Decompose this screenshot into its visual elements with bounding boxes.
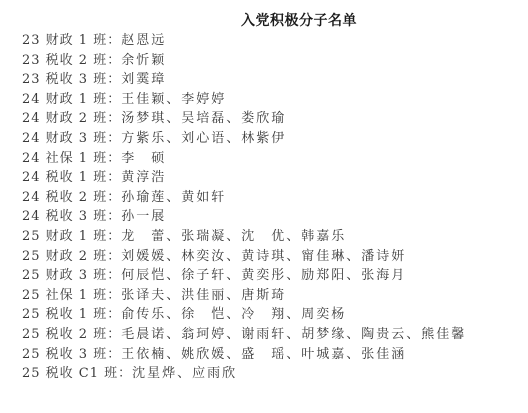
member-names: 余忻颖 — [121, 53, 166, 68]
member-names: 刘媛媛、林奕汝、黄诗琪、甯佳琳、潘诗妍 — [121, 249, 406, 264]
list-item: 25 财政 3 班：何辰恺、徐子轩、黄奕彤、励郑阳、张海月 — [22, 266, 466, 286]
member-names: 孙一展 — [121, 209, 166, 224]
list-item: 23 税收 2 班：余忻颖 — [22, 51, 466, 71]
list-item: 24 税收 3 班：孙一展 — [22, 207, 466, 227]
member-names: 汤梦琪、吴培磊、娄欣瑜 — [121, 111, 286, 126]
member-names: 王佳颖、李婷婷 — [121, 92, 226, 107]
class-label: 25 税收 2 班： — [22, 327, 121, 342]
member-names: 何辰恺、徐子轩、黄奕彤、励郑阳、张海月 — [121, 268, 406, 283]
class-label: 23 税收 2 班： — [22, 53, 121, 68]
list-item: 25 财政 2 班：刘媛媛、林奕汝、黄诗琪、甯佳琳、潘诗妍 — [22, 247, 466, 267]
class-label: 25 财政 2 班： — [22, 249, 121, 264]
class-label: 25 税收 1 班： — [22, 307, 121, 322]
member-names: 黄淳浩 — [121, 170, 166, 185]
class-label: 23 税收 3 班： — [22, 72, 121, 87]
class-label: 23 财政 1 班： — [22, 33, 121, 48]
member-names: 方紫乐、刘心语、林紫伊 — [121, 131, 286, 146]
list-item: 24 社保 1 班：李 硕 — [22, 149, 466, 169]
class-label: 25 税收 3 班： — [22, 347, 121, 362]
class-label: 24 财政 1 班： — [22, 92, 121, 107]
list-item: 24 财政 2 班：汤梦琪、吴培磊、娄欣瑜 — [22, 109, 466, 129]
list-item: 25 税收 1 班：俞传乐、徐 恺、冷 翔、周奕杨 — [22, 305, 466, 325]
list-item: 24 财政 3 班：方紫乐、刘心语、林紫伊 — [22, 129, 466, 149]
class-label: 25 财政 3 班： — [22, 268, 121, 283]
list-item: 25 税收 2 班：毛晨诺、翁珂婷、谢雨轩、胡梦缘、陶贵云、熊佳馨 — [22, 325, 466, 345]
member-names: 刘霙璋 — [121, 72, 166, 87]
member-names: 沈星烨、应雨欣 — [132, 366, 237, 381]
list-item: 25 财政 1 班：龙 蕾、张瑞凝、沈 优、韩嘉乐 — [22, 227, 466, 247]
list-item: 24 税收 2 班：孙瑜莲、黄如轩 — [22, 188, 466, 208]
list-item: 24 税收 1 班：黄淳浩 — [22, 168, 466, 188]
class-label: 24 社保 1 班： — [22, 151, 121, 166]
list-item: 25 社保 1 班：张译夫、洪佳丽、唐斯琦 — [22, 286, 466, 306]
class-label: 24 财政 3 班： — [22, 131, 121, 146]
list-item: 25 税收 C1 班：沈星烨、应雨欣 — [22, 364, 466, 384]
class-label: 24 财政 2 班： — [22, 111, 121, 126]
class-label: 24 税收 3 班： — [22, 209, 121, 224]
list-item: 23 税收 3 班：刘霙璋 — [22, 70, 466, 90]
list-item: 25 税收 3 班：王依楠、姚欣媛、盛 瑶、叶城嘉、张佳涵 — [22, 345, 466, 365]
member-names: 王依楠、姚欣媛、盛 瑶、叶城嘉、张佳涵 — [121, 347, 406, 362]
member-names: 赵恩远 — [121, 33, 166, 48]
class-label: 24 税收 1 班： — [22, 170, 121, 185]
class-label: 25 社保 1 班： — [22, 288, 121, 303]
member-list: 23 财政 1 班：赵恩远23 税收 2 班：余忻颖23 税收 3 班：刘霙璋2… — [22, 31, 466, 384]
class-label: 24 税收 2 班： — [22, 190, 121, 205]
document-title: 入党积极分子名单 — [0, 10, 528, 30]
list-item: 23 财政 1 班：赵恩远 — [22, 31, 466, 51]
class-label: 25 财政 1 班： — [22, 229, 121, 244]
member-names: 毛晨诺、翁珂婷、谢雨轩、胡梦缘、陶贵云、熊佳馨 — [121, 327, 466, 342]
member-names: 孙瑜莲、黄如轩 — [121, 190, 226, 205]
member-names: 张译夫、洪佳丽、唐斯琦 — [121, 288, 286, 303]
list-item: 24 财政 1 班：王佳颖、李婷婷 — [22, 90, 466, 110]
member-names: 李 硕 — [121, 151, 166, 166]
member-names: 俞传乐、徐 恺、冷 翔、周奕杨 — [121, 307, 346, 322]
class-label: 25 税收 C1 班： — [22, 366, 132, 381]
member-names: 龙 蕾、张瑞凝、沈 优、韩嘉乐 — [121, 229, 346, 244]
